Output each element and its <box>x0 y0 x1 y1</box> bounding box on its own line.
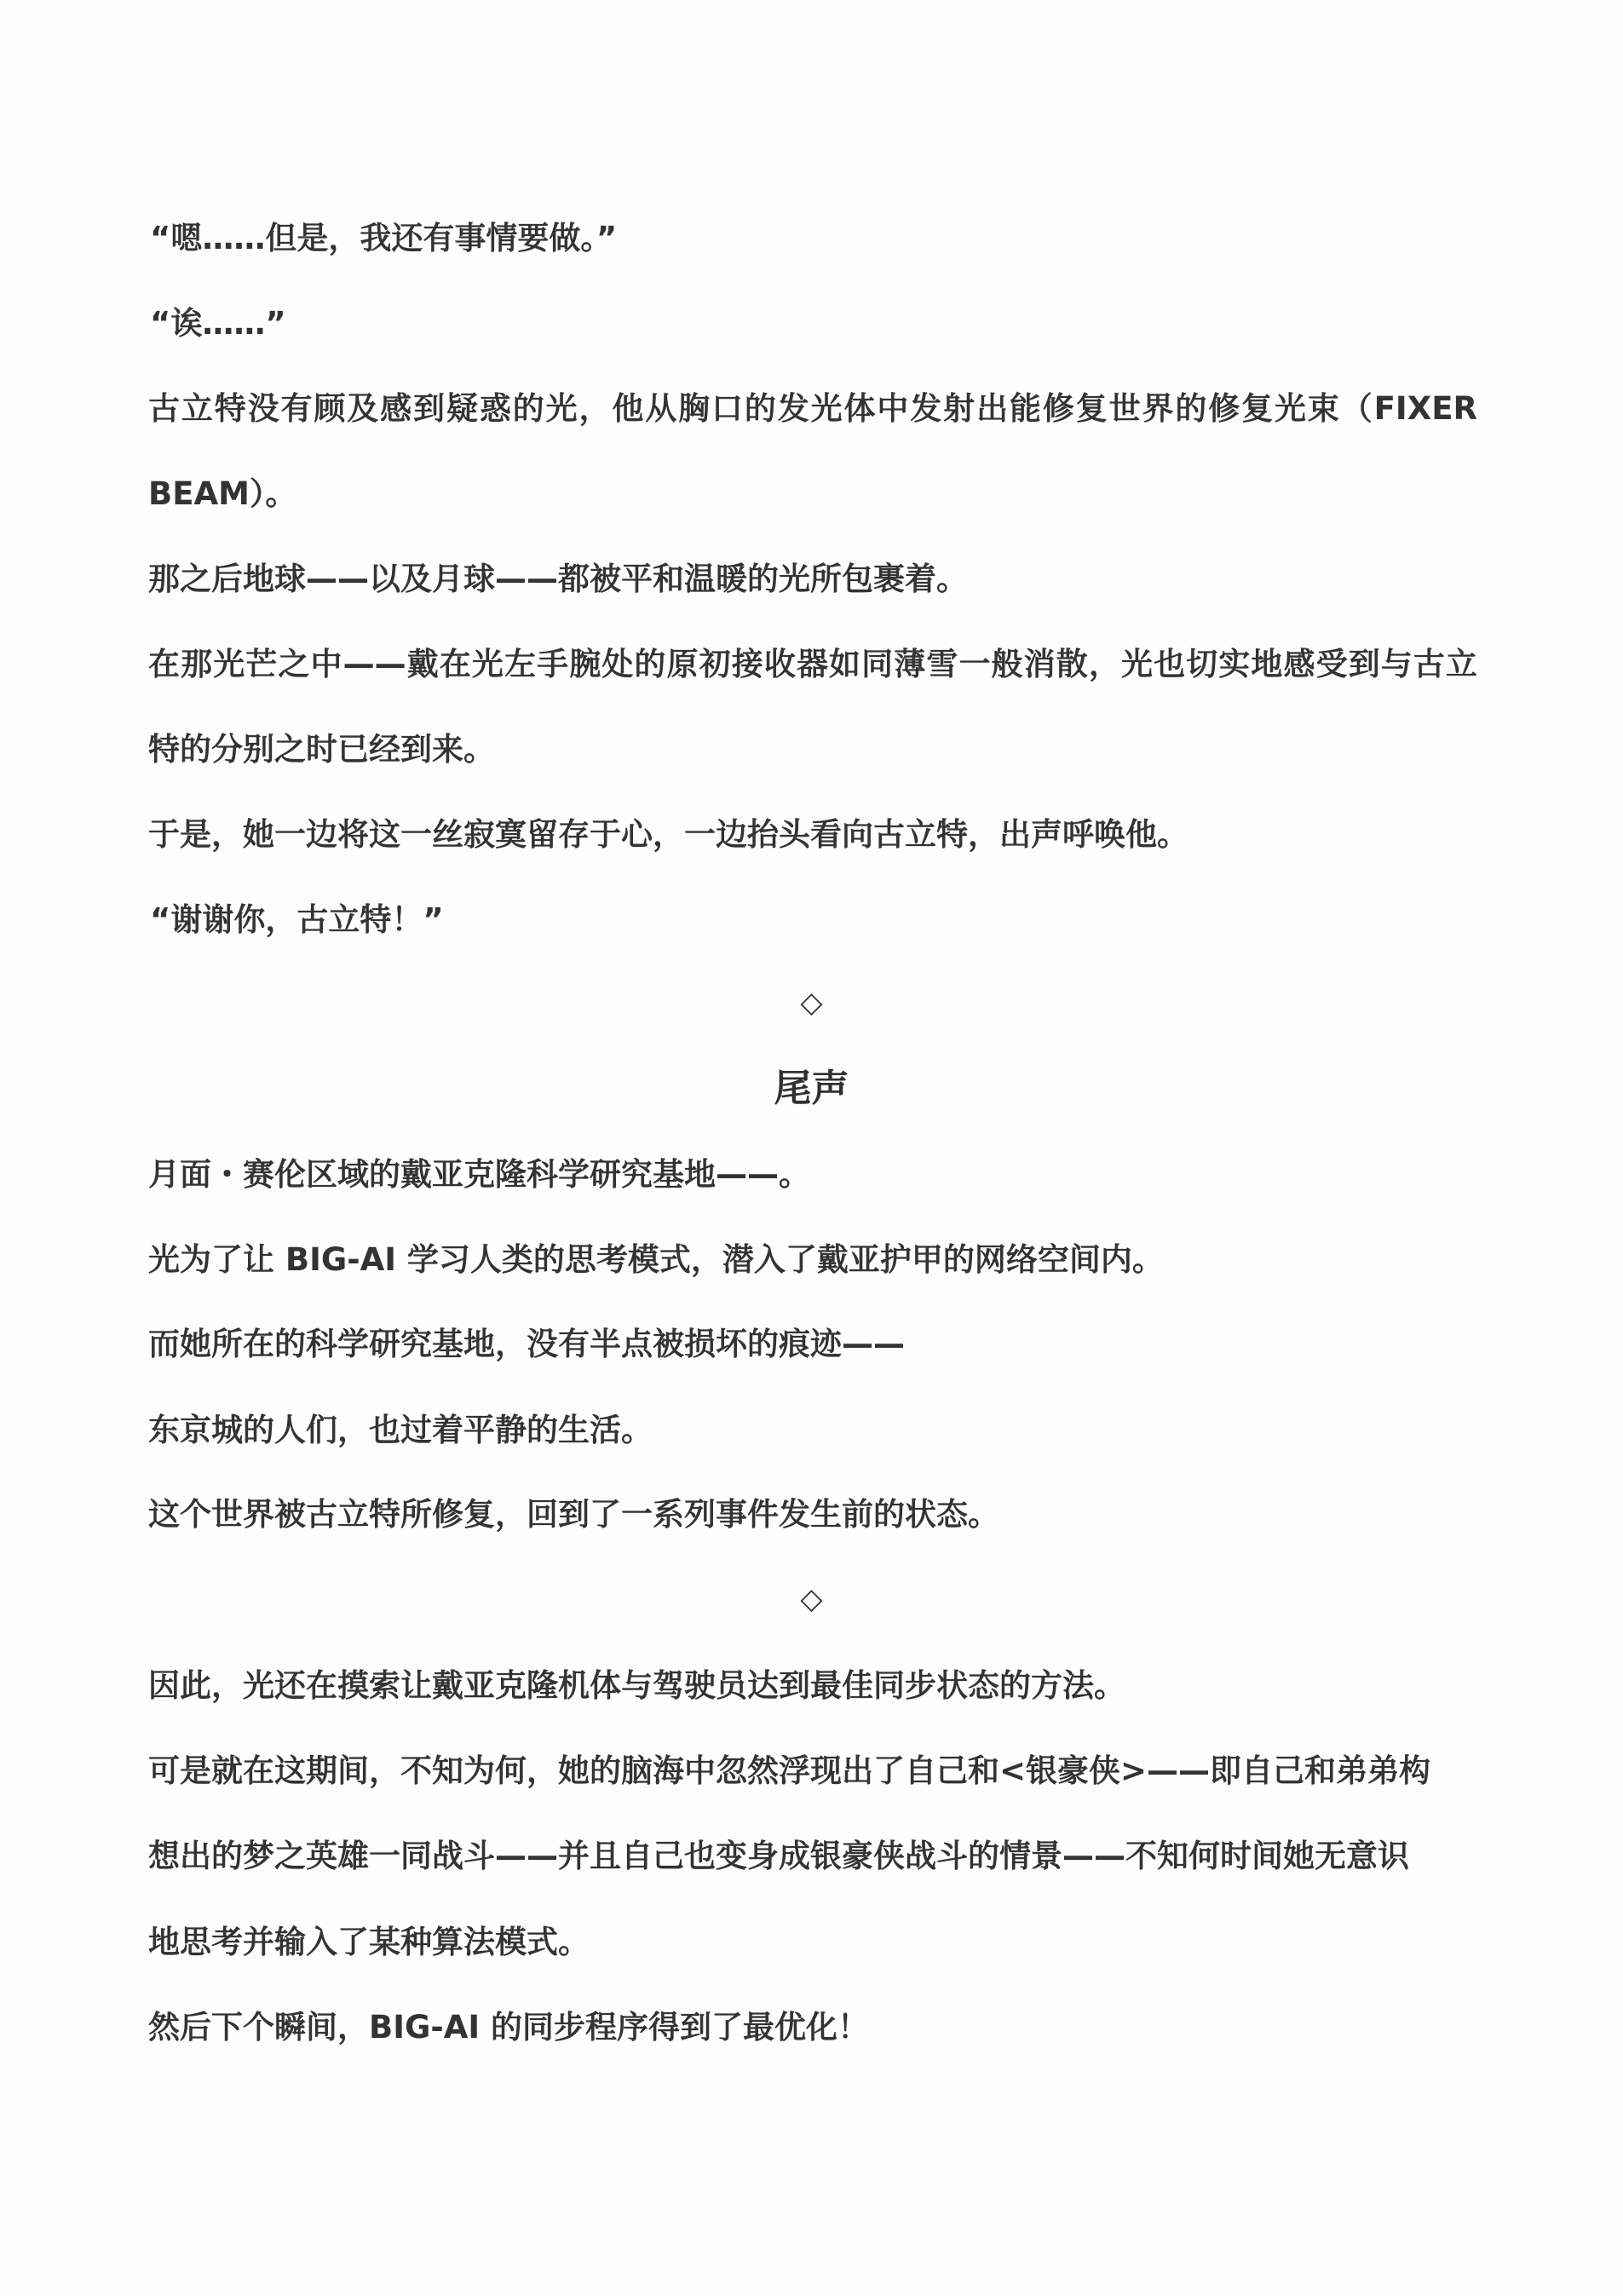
paragraph-dialogue-line: “诶……” <box>150 281 286 366</box>
paragraph-line: BEAM）。 <box>148 452 296 537</box>
paragraph-line: 光为了让 BIG-AI 学习人类的思考模式，潜入了戴亚护甲的网络空间内。 <box>148 1217 1164 1303</box>
paragraph-line: 然后下个瞬间，BIG-AI 的同步程序得到了最优化！ <box>148 1985 869 2070</box>
paragraph-line: 特的分别之时已经到来。 <box>148 707 495 792</box>
section-separator-diamond-icon: ◇ <box>0 977 1623 1028</box>
paragraph-line: 于是，她一边将这一丝寂寞留存于心，一边抬头看向古立特，出声呼唤他。 <box>148 792 1188 878</box>
paragraph-line: 而她所在的科学研究基地，没有半点被损坏的痕迹—— <box>148 1302 905 1387</box>
paragraph-line: 想出的梦之英雄一同战斗——并且自己也变身成银豪侠战斗的情景——不知何时间她无意识 <box>148 1814 1409 1899</box>
paragraph-line: 可是就在这期间，不知为何，她的脑海中忽然浮现出了自己和<银豪侠>——即自己和弟弟… <box>148 1729 1430 1814</box>
paragraph-line: 古立特没有顾及感到疑惑的光，他从胸口的发光体中发射出能修复世界的修复光束（FIX… <box>148 366 1477 452</box>
paragraph-line: 月面・赛伦区域的戴亚克隆科学研究基地——。 <box>148 1132 810 1217</box>
section-separator-diamond-icon: ◇ <box>0 1574 1623 1625</box>
paragraph-dialogue-line: “嗯……但是，我还有事情要做。” <box>150 196 617 281</box>
paragraph-dialogue-line: “谢谢你，古立特！” <box>150 878 444 963</box>
paragraph-line: 东京城的人们，也过着平静的生活。 <box>148 1388 653 1473</box>
paragraph-line: 地思考并输入了某种算法模式。 <box>148 1900 590 1985</box>
paragraph-line: 那之后地球——以及月球——都被平和温暖的光所包裹着。 <box>148 537 968 622</box>
document-page: “嗯……但是，我还有事情要做。” “诶……” 古立特没有顾及感到疑惑的光，他从胸… <box>0 0 1623 2296</box>
section-heading: 尾声 <box>0 1046 1623 1131</box>
paragraph-line: 因此，光还在摸索让戴亚克隆机体与驾驶员达到最佳同步状态的方法。 <box>148 1643 1125 1729</box>
paragraph-line: 这个世界被古立特所修复，回到了一系列事件发生前的状态。 <box>148 1472 999 1557</box>
paragraph-line: 在那光芒之中——戴在光左手腕处的原初接收器如同薄雪一般消散，光也切实地感受到与古… <box>148 622 1477 707</box>
